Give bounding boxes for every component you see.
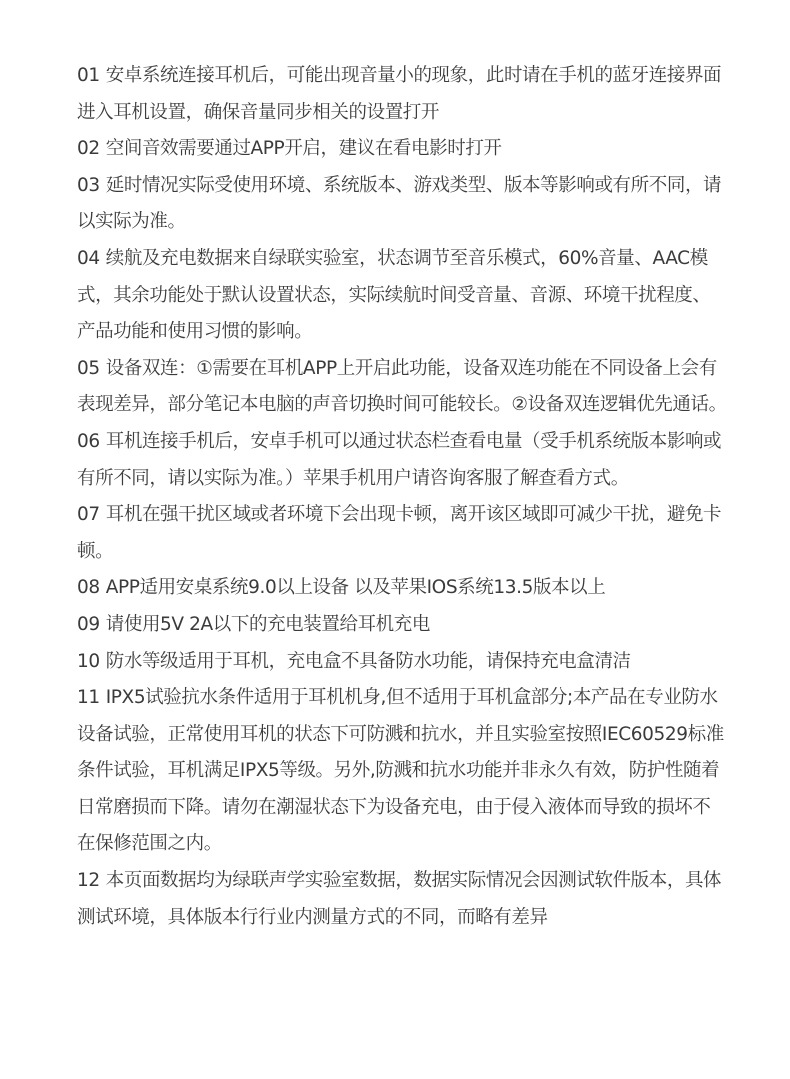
note-item: 11IPX5试验抗水条件适用于耳机机身,但不适用于耳机盒部分;本产品在专业防水设… <box>77 680 727 863</box>
note-number: 02 <box>77 138 100 159</box>
note-item: 07耳机在强干扰区域或者环境下会出现卡顿，离开该区域即可减少干扰，避免卡顿。 <box>77 497 727 570</box>
note-text: 本页面数据均为绿联声学实验室数据，数据实际情况会因测试软件版本，具体测试环境，具… <box>77 870 721 928</box>
note-number: 06 <box>77 431 100 452</box>
note-item: 03延时情况实际受使用环境、系统版本、游戏类型、版本等影响或有所不同，请以实际为… <box>77 168 727 241</box>
note-text: 防水等级适用于耳机，充电盒不具备防水功能，请保持充电盒清洁 <box>106 651 631 672</box>
note-number: 12 <box>77 870 100 891</box>
note-text: 安卓系统连接耳机后，可能出现音量小的现象，此时请在手机的蓝牙连接界面进入耳机设置… <box>77 65 721 123</box>
note-number: 09 <box>77 614 100 635</box>
note-item: 02空间音效需要通过APP开启，建议在看电影时打开 <box>77 131 727 168</box>
note-number: 03 <box>77 175 100 196</box>
note-text: 续航及充电数据来自绿联实验室，状态调节至音乐模式，60%音量、AAC模式，其余功… <box>77 248 711 342</box>
note-text: IPX5试验抗水条件适用于耳机机身,但不适用于耳机盒部分;本产品在专业防水设备试… <box>77 687 724 854</box>
note-text: APP适用安桌系统9.0以上设备 以及苹果IOS系统13.5版本以上 <box>106 577 606 598</box>
note-item: 10防水等级适用于耳机，充电盒不具备防水功能，请保持充电盒清洁 <box>77 644 727 681</box>
product-notes-list: 01安卓系统连接耳机后，可能出现音量小的现象，此时请在手机的蓝牙连接界面进入耳机… <box>77 58 727 936</box>
note-number: 04 <box>77 248 100 269</box>
note-item: 06耳机连接手机后，安卓手机可以通过状态栏查看电量（受手机系统版本影响或有所不同… <box>77 424 727 497</box>
note-text: 设备双连：①需要在耳机APP上开启此功能，设备双连功能在不同设备上会有表现差异，… <box>77 358 727 416</box>
note-number: 05 <box>77 358 100 379</box>
note-number: 07 <box>77 504 100 525</box>
note-number: 08 <box>77 577 100 598</box>
note-text: 耳机连接手机后，安卓手机可以通过状态栏查看电量（受手机系统版本影响或有所不同，请… <box>77 431 721 489</box>
note-text: 请使用5V 2A以下的充电装置给耳机充电 <box>106 614 430 635</box>
note-number: 10 <box>77 651 100 672</box>
note-number: 01 <box>77 65 100 86</box>
note-item: 04续航及充电数据来自绿联实验室，状态调节至音乐模式，60%音量、AAC模式，其… <box>77 241 727 351</box>
note-text: 延时情况实际受使用环境、系统版本、游戏类型、版本等影响或有所不同，请以实际为准。 <box>77 175 721 233</box>
note-item: 05设备双连：①需要在耳机APP上开启此功能，设备双连功能在不同设备上会有表现差… <box>77 351 727 424</box>
note-item: 08APP适用安桌系统9.0以上设备 以及苹果IOS系统13.5版本以上 <box>77 570 727 607</box>
note-item: 01安卓系统连接耳机后，可能出现音量小的现象，此时请在手机的蓝牙连接界面进入耳机… <box>77 58 727 131</box>
note-text: 空间音效需要通过APP开启，建议在看电影时打开 <box>106 138 502 159</box>
note-text: 耳机在强干扰区域或者环境下会出现卡顿，离开该区域即可减少干扰，避免卡顿。 <box>77 504 721 562</box>
note-item: 12本页面数据均为绿联声学实验室数据，数据实际情况会因测试软件版本，具体测试环境… <box>77 863 727 936</box>
note-item: 09请使用5V 2A以下的充电装置给耳机充电 <box>77 607 727 644</box>
note-number: 11 <box>77 687 100 708</box>
